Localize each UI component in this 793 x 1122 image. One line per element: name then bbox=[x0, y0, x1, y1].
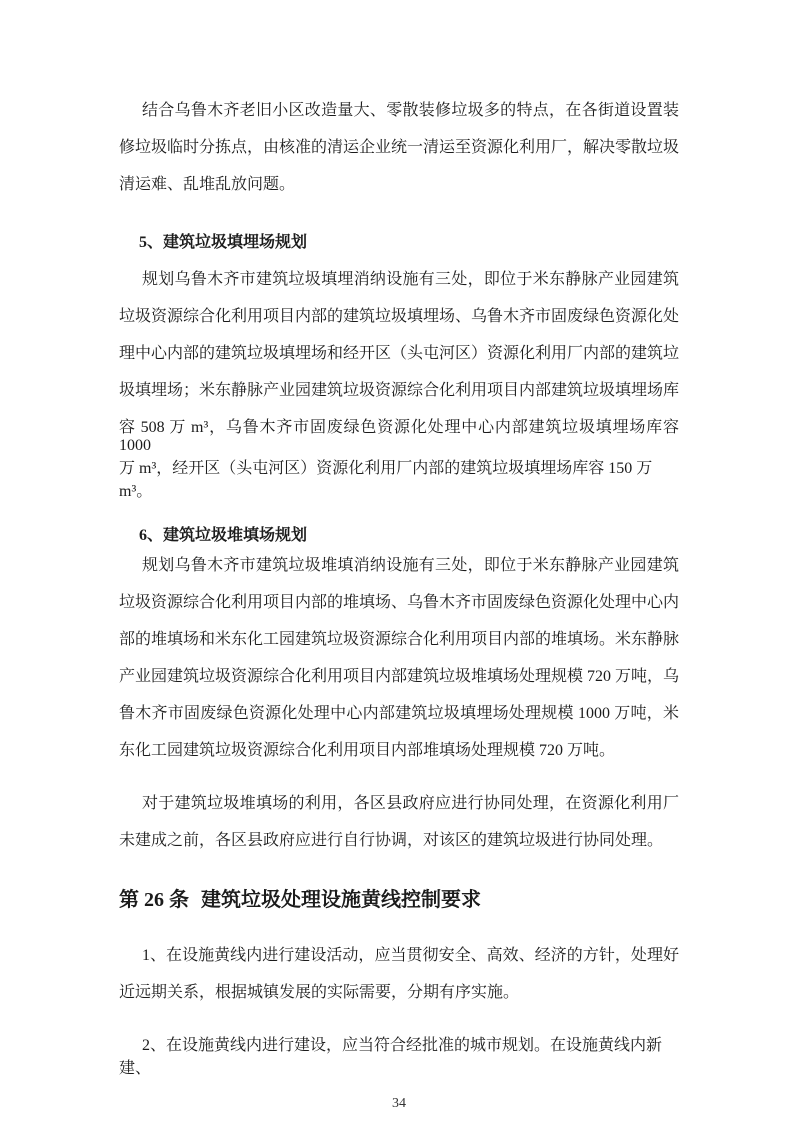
article-title: 建筑垃圾处理设施黄线控制要求 bbox=[201, 889, 481, 911]
paragraph-line: 未建成之前，各区县政府应进行自行协调，对该区的建筑垃圾进行协同处理。 bbox=[119, 827, 679, 864]
paragraph-line: 2、在设施黄线内进行建设，应当符合经批准的城市规划。在设施黄线内新建、 bbox=[119, 1032, 679, 1078]
paragraph-line: 鲁木齐市固废绿色资源化处理中心内部建筑垃圾填埋场处理规模 1000 万吨，米 bbox=[119, 700, 679, 737]
paragraph-line: 清运难、乱堆乱放问题。 bbox=[119, 171, 679, 208]
paragraph-line: 垃圾资源综合化利用项目内部的建筑垃圾填埋场、乌鲁木齐市固废绿色资源化处 bbox=[119, 303, 679, 340]
paragraph-line: 圾填埋场；米东静脉产业园建筑垃圾资源综合化利用项目内部建筑垃圾填埋场库 bbox=[119, 377, 679, 414]
paragraph-line: 部的堆填场和米东化工园建筑垃圾资源综合化利用项目内部的堆填场。米东静脉 bbox=[119, 626, 679, 663]
paragraph-line: 1、在设施黄线内进行建设活动，应当贯彻安全、高效、经济的方针，处理好 bbox=[119, 942, 679, 979]
article-number: 第 26 条 bbox=[119, 880, 189, 920]
heading-landfill-plan: 5、建筑垃圾填埋场规划 bbox=[119, 224, 679, 261]
heading-pilefill-plan: 6、建筑垃圾堆填场规划 bbox=[119, 517, 679, 554]
paragraph-line: 万 m³，经开区（头屯河区）资源化利用厂内部的建筑垃圾填埋场库容 150 万 m… bbox=[119, 455, 679, 501]
paragraph-line: 规划乌鲁木齐市建筑垃圾堆填消纳设施有三处，即位于米东静脉产业园建筑 bbox=[119, 552, 679, 589]
paragraph-line: 理中心内部的建筑垃圾填埋场和经开区（头屯河区）资源化利用厂内部的建筑垃 bbox=[119, 340, 679, 377]
paragraph-line: 结合乌鲁木齐老旧小区改造量大、零散装修垃圾多的特点，在各街道设置装 bbox=[119, 97, 679, 134]
paragraph-line: 修垃圾临时分拣点，由核准的清运企业统一清运至资源化利用厂，解决零散垃圾 bbox=[119, 134, 679, 171]
paragraph-line: 容 508 万 m³，乌鲁木齐市固废绿色资源化处理中心内部建筑垃圾填埋场库容 1… bbox=[119, 414, 679, 455]
paragraph-line: 规划乌鲁木齐市建筑垃圾填埋消纳设施有三处，即位于米东静脉产业园建筑 bbox=[119, 266, 679, 303]
paragraph-line: 近远期关系，根据城镇发展的实际需要，分期有序实施。 bbox=[119, 979, 679, 1016]
paragraph-line: 对于建筑垃圾堆填场的利用，各区县政府应进行协同处理，在资源化利用厂 bbox=[119, 790, 679, 827]
page-content: 结合乌鲁木齐老旧小区改造量大、零散装修垃圾多的特点，在各街道设置装 修垃圾临时分… bbox=[119, 0, 679, 1114]
article-26-heading: 第 26 条建筑垃圾处理设施黄线控制要求 bbox=[119, 880, 679, 920]
paragraph-line: 垃圾资源综合化利用项目内部的堆填场、乌鲁木齐市固废绿色资源化处理中心内 bbox=[119, 589, 679, 626]
paragraph-line: 东化工园建筑垃圾资源综合化利用项目内部堆填场处理规模 720 万吨。 bbox=[119, 737, 679, 774]
paragraph-line: 产业园建筑垃圾资源综合化利用项目内部建筑垃圾堆填场处理规模 720 万吨，乌 bbox=[119, 663, 679, 700]
page-number: 34 bbox=[119, 1094, 679, 1114]
document-page: 结合乌鲁木齐老旧小区改造量大、零散装修垃圾多的特点，在各街道设置装 修垃圾临时分… bbox=[0, 0, 793, 1122]
